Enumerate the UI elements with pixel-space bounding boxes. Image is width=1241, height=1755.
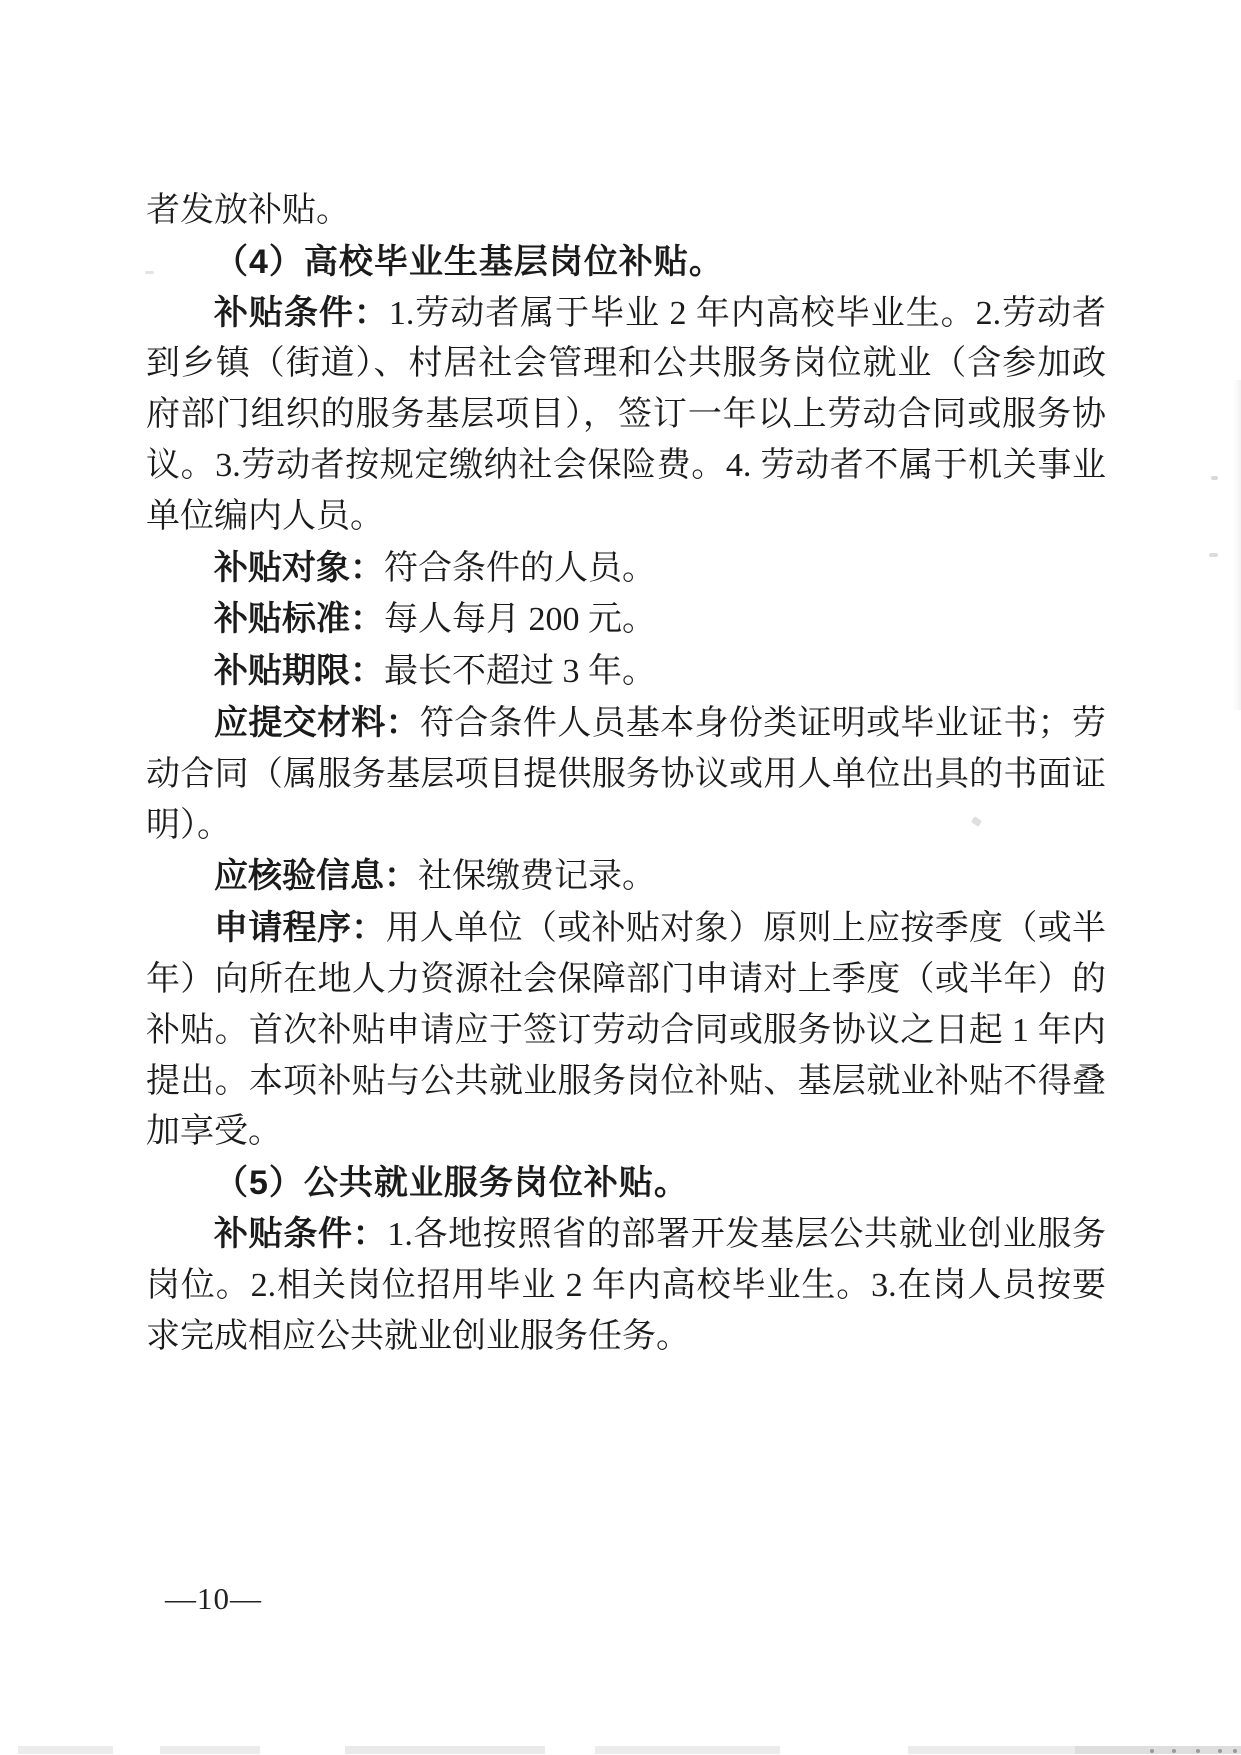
paragraph-label: 应核验信息： (214, 857, 418, 895)
paragraph-subsidy-target: 补贴对象：符合条件的人员。 (146, 543, 1106, 595)
scan-speck (1209, 553, 1218, 557)
paragraph-text: 最长不超过 3 年。 (384, 653, 656, 690)
scan-bottom-dot (1150, 1749, 1154, 1753)
scan-bottom-dot (1218, 1749, 1222, 1753)
paragraph-label: 申请程序： (214, 909, 386, 947)
paragraph-subsidy-standard: 补贴标准：每人每月 200 元。 (146, 594, 1106, 646)
scan-edge-shadow (1233, 380, 1241, 710)
paragraph-subsidy-conditions-5: 补贴条件：1.各地按照省的部署开发基层公共就业创业服务岗位。2.相关岗位招用毕业… (146, 1209, 1106, 1362)
paragraph-text: 每人每月 200 元。 (384, 601, 656, 638)
paragraph-required-materials: 应提交材料：符合条件人员基本身份类证明或毕业证书；劳动合同（属服务基层项目提供服… (146, 698, 1106, 851)
paragraph-text: 者发放补贴。 (146, 192, 350, 229)
heading-text: （4）高校毕业生基层岗位补贴。 (214, 243, 724, 281)
scan-bottom-dot (1172, 1749, 1176, 1753)
paragraph-subsidy-duration: 补贴期限：最长不超过 3 年。 (146, 646, 1106, 698)
document-body: 者发放补贴。 （4）高校毕业生基层岗位补贴。 补贴条件：1.劳动者属于毕业 2 … (146, 186, 1106, 1362)
paragraph-text: 社保缴费记录。 (418, 858, 656, 895)
paragraph-label: 补贴条件： (214, 1215, 387, 1253)
scan-bottom-artifact (18, 1746, 113, 1754)
page-number: —10— (165, 1581, 262, 1617)
scan-bottom-artifact (160, 1746, 260, 1754)
section-heading-4: （4）高校毕业生基层岗位补贴。 (146, 237, 1106, 288)
paragraph-label: 补贴期限： (214, 652, 384, 690)
scan-bottom-dot (1233, 1749, 1237, 1753)
paragraph-label: 补贴条件： (214, 294, 389, 332)
paragraph-label: 补贴对象： (214, 549, 384, 587)
scan-bottom-dot (1196, 1749, 1200, 1753)
paragraph-continuation: 者发放补贴。 (146, 186, 1106, 237)
scan-bottom-artifact (595, 1746, 780, 1754)
document-page: 者发放补贴。 （4）高校毕业生基层岗位补贴。 补贴条件：1.劳动者属于毕业 2 … (0, 0, 1241, 1755)
paragraph-label: 应提交材料： (214, 704, 420, 742)
scan-speck (145, 271, 154, 274)
paragraph-verification-info: 应核验信息：社保缴费记录。 (146, 851, 1106, 903)
paragraph-subsidy-conditions-4: 补贴条件：1.劳动者属于毕业 2 年内高校毕业生。2.劳动者到乡镇（街道）、村居… (146, 288, 1106, 543)
scan-bottom-artifact (345, 1746, 545, 1754)
scan-speck (1211, 476, 1218, 480)
section-heading-5: （5）公共就业服务岗位补贴。 (146, 1158, 1106, 1209)
paragraph-text: 符合条件的人员。 (384, 550, 656, 587)
scan-bottom-artifact (1075, 1746, 1241, 1754)
heading-text: （5）公共就业服务岗位补贴。 (214, 1164, 689, 1202)
paragraph-application-procedure: 申请程序：用人单位（或补贴对象）原则上应按季度（或半年）向所在地人力资源社会保障… (146, 903, 1106, 1158)
paragraph-label: 补贴标准： (214, 600, 384, 638)
